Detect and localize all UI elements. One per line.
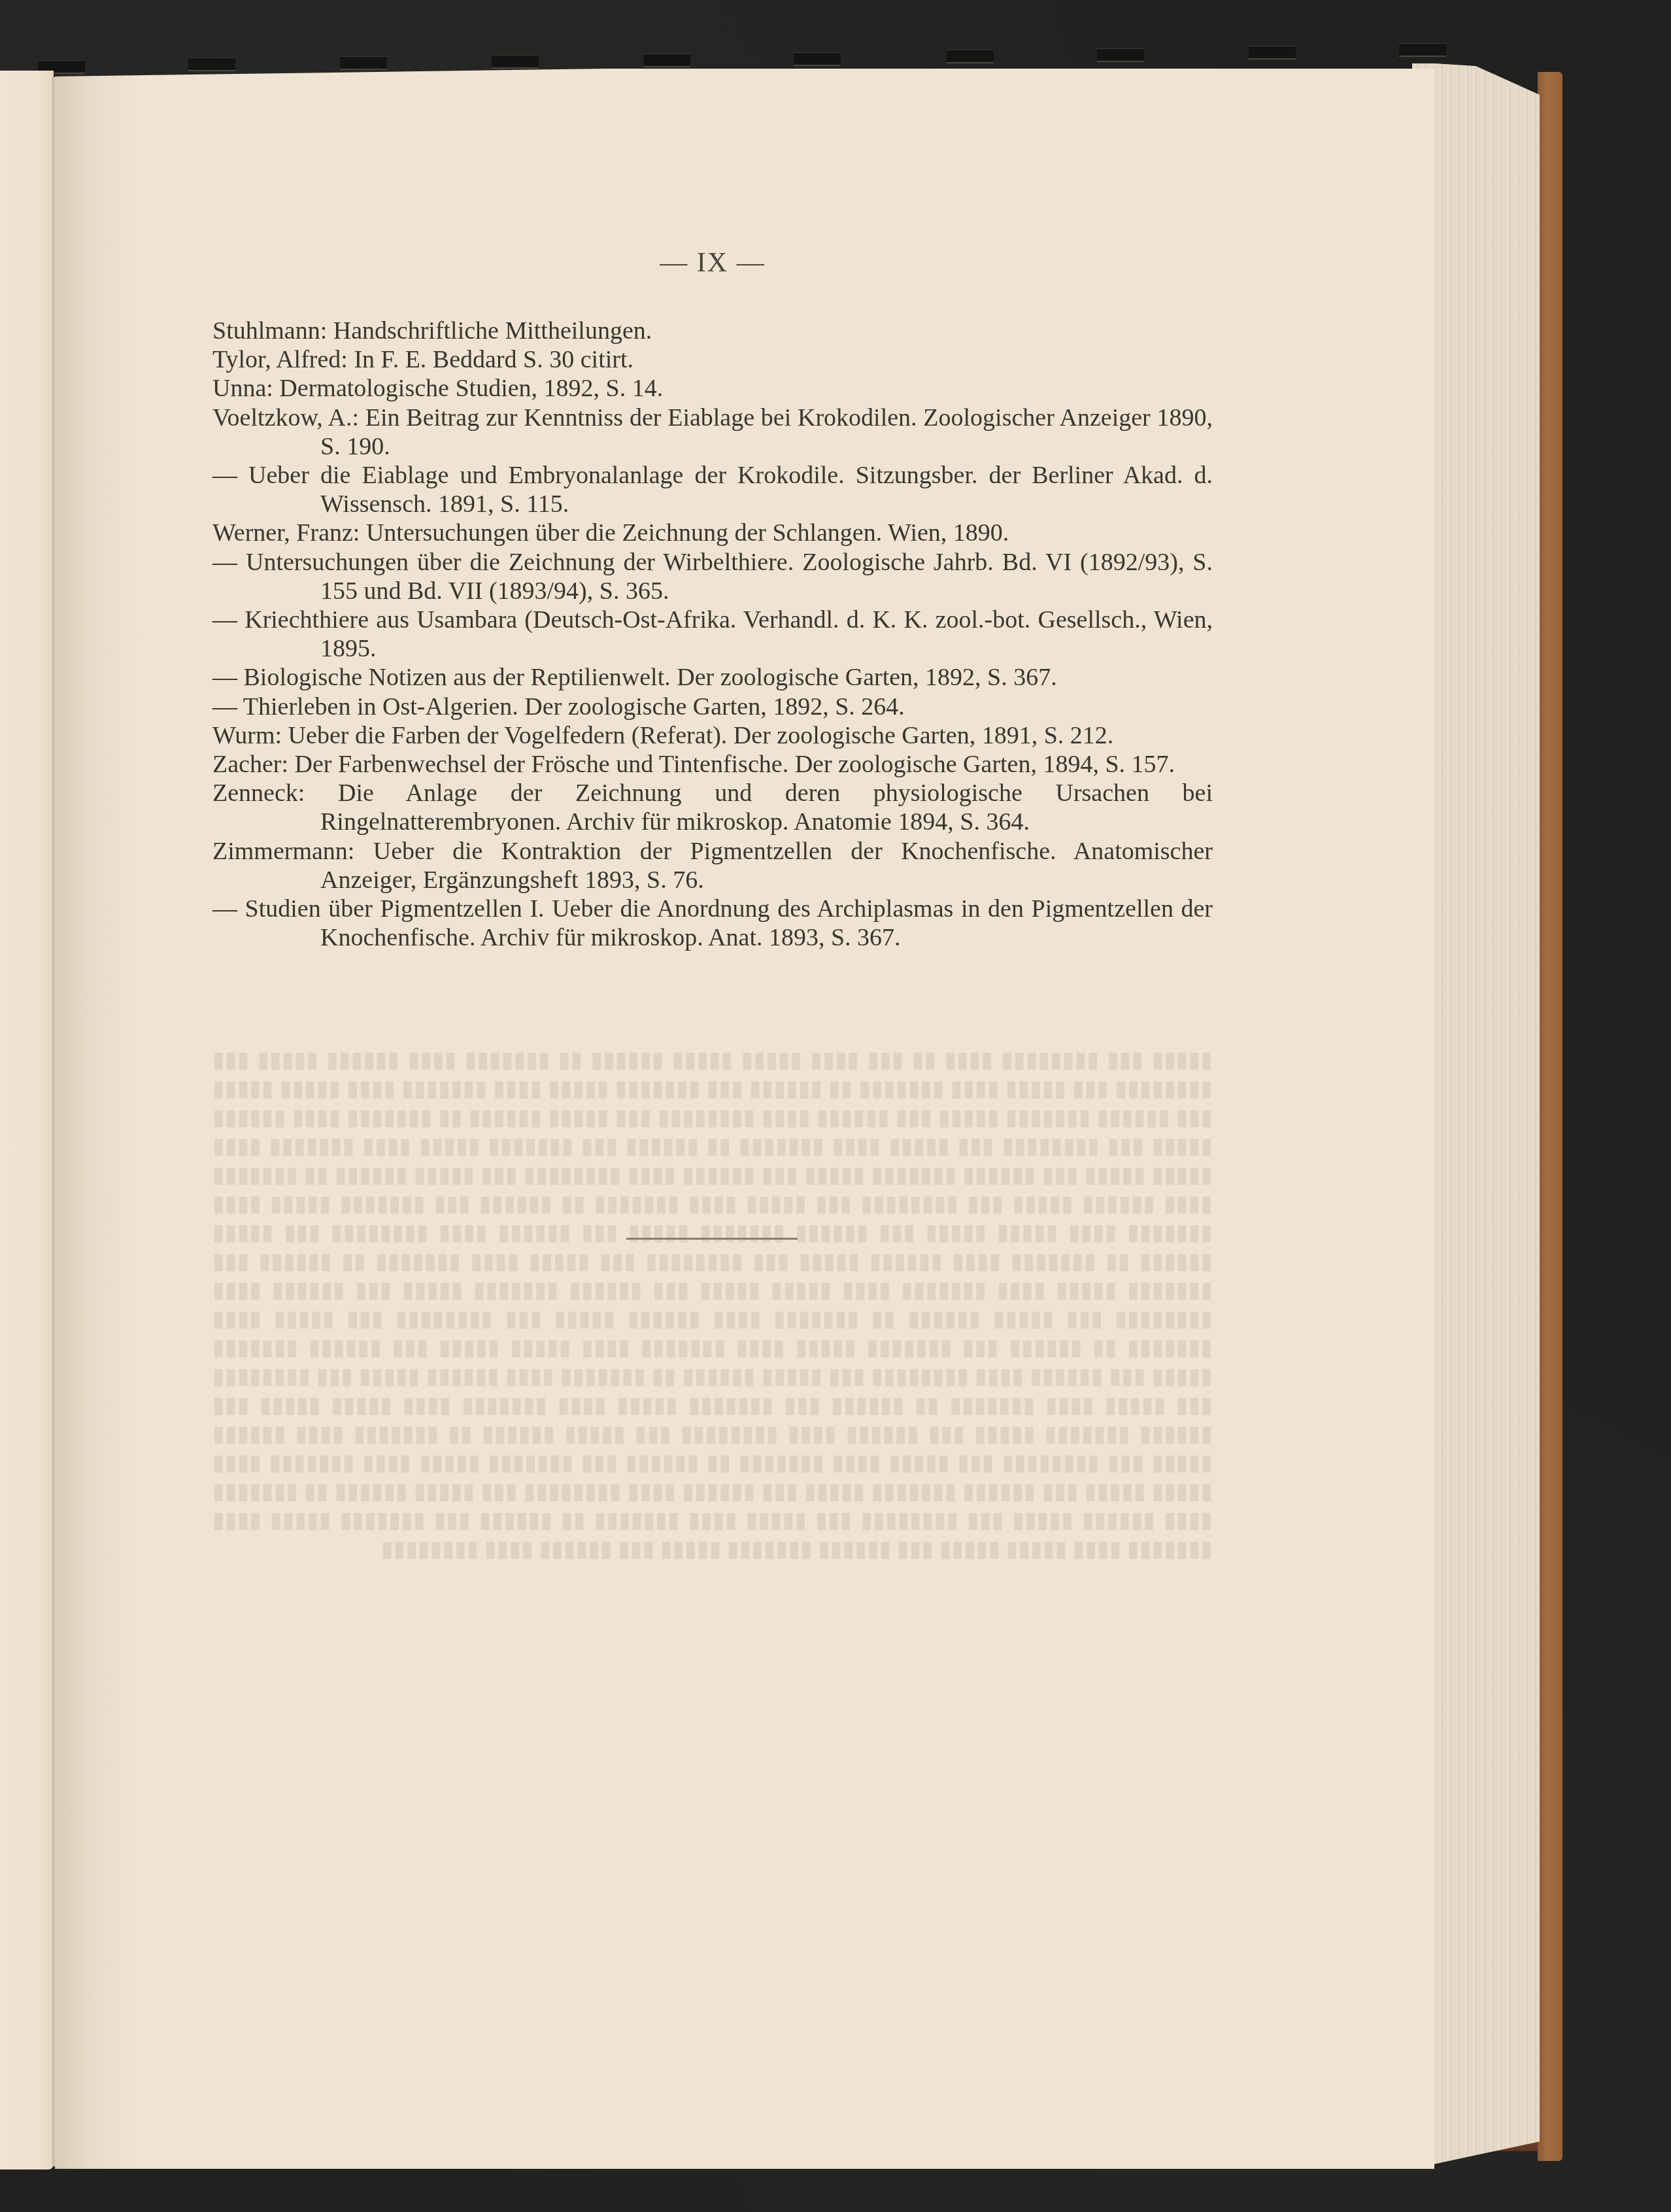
bibliography-entry-tylor: Tylor, Alfred: In F. E. Beddard S. 30 ci…: [212, 345, 1213, 374]
bibliography-entry-voeltzkow-2: — Ueber die Eiablage und Embryonalanlage…: [212, 461, 1213, 519]
tab-mark: [794, 52, 841, 66]
section-end-rule: [626, 1238, 798, 1240]
bibliography-entry-zenneck: Zenneck: Die Anlage der Zeichnung und de…: [212, 779, 1213, 836]
bibliography-entry-unna: Unna: Dermatologische Studien, 1892, S. …: [212, 374, 1213, 403]
left-page-edge: [0, 71, 54, 2169]
bibliography-entry-werner-5: — Thierleben in Ost-Algerien. Der zoolog…: [212, 692, 1213, 721]
bibliography-entry-werner-4: — Biologische Notizen aus der Reptilienw…: [212, 663, 1213, 692]
page-number: — IX —: [0, 247, 1425, 279]
bibliography-entry-wurm: Wurm: Ueber die Farben der Vogelfedern (…: [212, 721, 1213, 750]
top-border-tab-marks: [38, 41, 1646, 67]
tab-mark: [1399, 43, 1446, 57]
bibliography-entry-zacher: Zacher: Der Farbenwechsel der Frösche un…: [212, 750, 1213, 779]
book-gutter: [52, 77, 55, 2166]
bibliography-entry-werner-3: — Kriechthiere aus Usambara (Deutsch-Ost…: [212, 605, 1213, 663]
bibliography-entry-werner-2: — Untersuchungen über die Zeichnung der …: [212, 548, 1213, 605]
tab-mark: [188, 58, 235, 71]
tab-mark: [643, 54, 690, 67]
bibliography-list: Stuhlmann: Handschriftliche Mittheilunge…: [212, 316, 1213, 952]
bibliography-entry-zimmermann-2: — Studien über Pigmentzellen I. Ueber di…: [212, 894, 1213, 952]
bibliography-entry-zimmermann-1: Zimmermann: Ueber die Kontraktion der Pi…: [212, 837, 1213, 894]
tab-mark: [1249, 46, 1296, 60]
tab-mark: [492, 55, 539, 69]
tab-mark: [1097, 48, 1144, 62]
bibliography-entry-stuhlmann: Stuhlmann: Handschriftliche Mittheilunge…: [212, 316, 1213, 345]
tab-mark: [947, 50, 994, 63]
tab-mark: [340, 56, 387, 70]
book-cover-side-edge: [1538, 72, 1562, 2161]
bibliography-entry-werner-1: Werner, Franz: Untersuchungen über die Z…: [212, 519, 1213, 547]
bibliography-entry-voeltzkow-1: Voeltzkow, A.: Ein Beitrag zur Kenntniss…: [212, 403, 1213, 461]
